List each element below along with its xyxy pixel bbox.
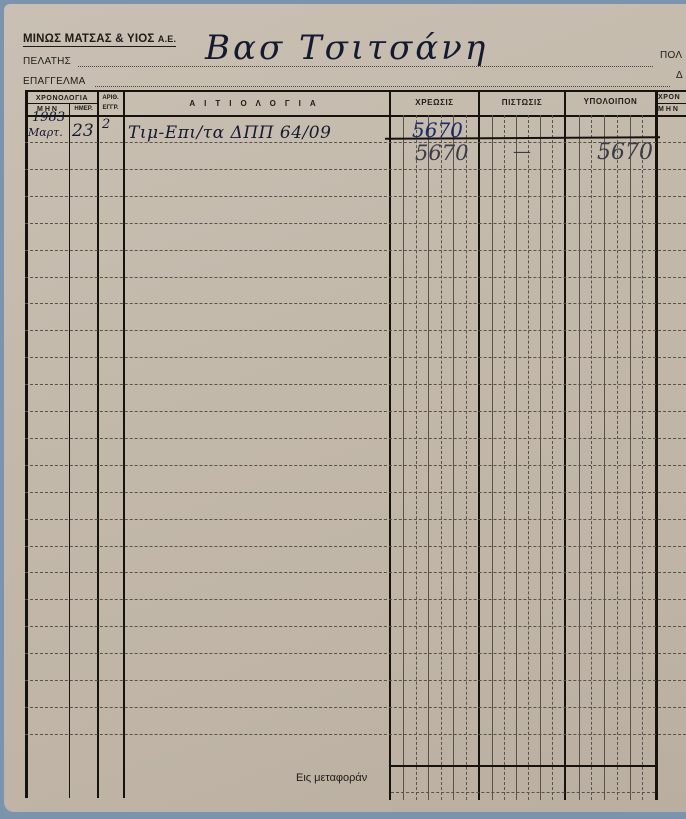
- header-description: ΑΙΤΙΟΛΟΓΙΑ: [125, 99, 389, 108]
- row-line: [391, 792, 655, 793]
- row-line: [25, 384, 686, 385]
- header-date-right: ΧΡΟΝ: [658, 94, 686, 101]
- money-subcolumn-line: [516, 115, 517, 800]
- profession-dotted-line: [95, 86, 670, 87]
- money-subcolumn-line: [604, 115, 605, 800]
- row-line: [25, 142, 686, 143]
- row-line: [25, 626, 686, 627]
- row-line: [25, 572, 686, 573]
- row-line: [25, 734, 686, 735]
- row1-debit: 5670: [412, 118, 463, 142]
- row-line: [25, 250, 686, 251]
- header-balance: ΥΠΟΛΟΙΠΟΝ: [566, 97, 655, 106]
- header-date-group: ΧΡΟΝΟΛΟΓΙΑ: [27, 95, 97, 102]
- row-line: [25, 680, 686, 681]
- row-line: [25, 653, 686, 654]
- carry-forward-line: [391, 765, 655, 767]
- header-entry-no-2: ΕΓΓΡ.: [98, 105, 123, 111]
- money-subcolumn-line: [492, 115, 493, 800]
- row-line: [25, 277, 686, 278]
- row-line: [25, 492, 686, 493]
- row-line: [25, 438, 686, 439]
- company-name: ΜΙΝΩΣ ΜΑΤΣΑΣ & ΥΙΟΣ Α.Ε.: [23, 33, 176, 47]
- money-subcolumn-line: [552, 115, 553, 800]
- header-day: ΗΜΕΡ.: [70, 106, 97, 112]
- money-subcolumn-line: [528, 115, 529, 800]
- money-subcolumn-line: [579, 115, 580, 800]
- row-line: [25, 169, 686, 170]
- row1-year: 1983: [32, 110, 65, 125]
- row-line: [25, 196, 686, 197]
- row1-day: 23: [72, 121, 94, 141]
- row-line: [25, 411, 686, 412]
- header-debit: ΧΡΕΩΣΙΣ: [391, 98, 478, 107]
- carry-forward-label: Εις μεταφοράν: [296, 772, 367, 784]
- money-subcolumn-line: [630, 115, 631, 800]
- row-line: [25, 303, 686, 304]
- profession-label: ΕΠΑΓΓΕΛΜΑ: [23, 76, 86, 87]
- row2-debit: 5670: [415, 141, 468, 165]
- row-line: [25, 465, 686, 466]
- date-right-subheader-divider: [655, 103, 686, 104]
- date-subheader-divider: [25, 103, 97, 104]
- row2-balance: 5670: [597, 140, 653, 165]
- row1-description: Τιμ-Επι/τα ΔΠΠ 64/09: [128, 123, 331, 143]
- money-subcolumn-line: [617, 115, 618, 800]
- money-subcolumn-line: [416, 115, 417, 800]
- row-line: [25, 330, 686, 331]
- money-subcolumn-line: [441, 115, 442, 800]
- header-month-right: ΜΗΝ: [658, 106, 686, 113]
- city-label: ΠΟΛ: [660, 50, 682, 61]
- money-subcolumn-line: [591, 115, 592, 800]
- row1-entry-no: 2: [102, 117, 110, 132]
- row-line: [25, 707, 686, 708]
- money-subcolumn-line: [504, 115, 505, 800]
- row-line: [25, 519, 686, 520]
- row1-month: Μαρτ.: [28, 126, 63, 139]
- divider-month-day: [69, 103, 70, 798]
- header-credit: ΠΙΣΤΩΣΙΣ: [480, 98, 564, 107]
- address-label: Δ: [676, 70, 683, 81]
- money-subcolumn-line: [453, 115, 454, 800]
- money-subcolumn-line: [466, 115, 467, 800]
- row-line: [25, 546, 686, 547]
- row-line: [25, 223, 686, 224]
- customer-name-handwritten: Βασ Τσιτσάνη: [205, 28, 488, 68]
- customer-label: ΠΕΛΑΤΗΣ: [23, 56, 71, 67]
- money-subcolumn-line: [403, 115, 404, 800]
- row2-credit: —: [513, 141, 531, 162]
- money-subcolumn-line: [428, 115, 429, 800]
- money-subcolumn-line: [642, 115, 643, 800]
- row-line: [25, 599, 686, 600]
- header-entry-no-1: ΑΡΙΘ.: [98, 95, 123, 101]
- row-line: [25, 357, 686, 358]
- money-subcolumn-line: [540, 115, 541, 800]
